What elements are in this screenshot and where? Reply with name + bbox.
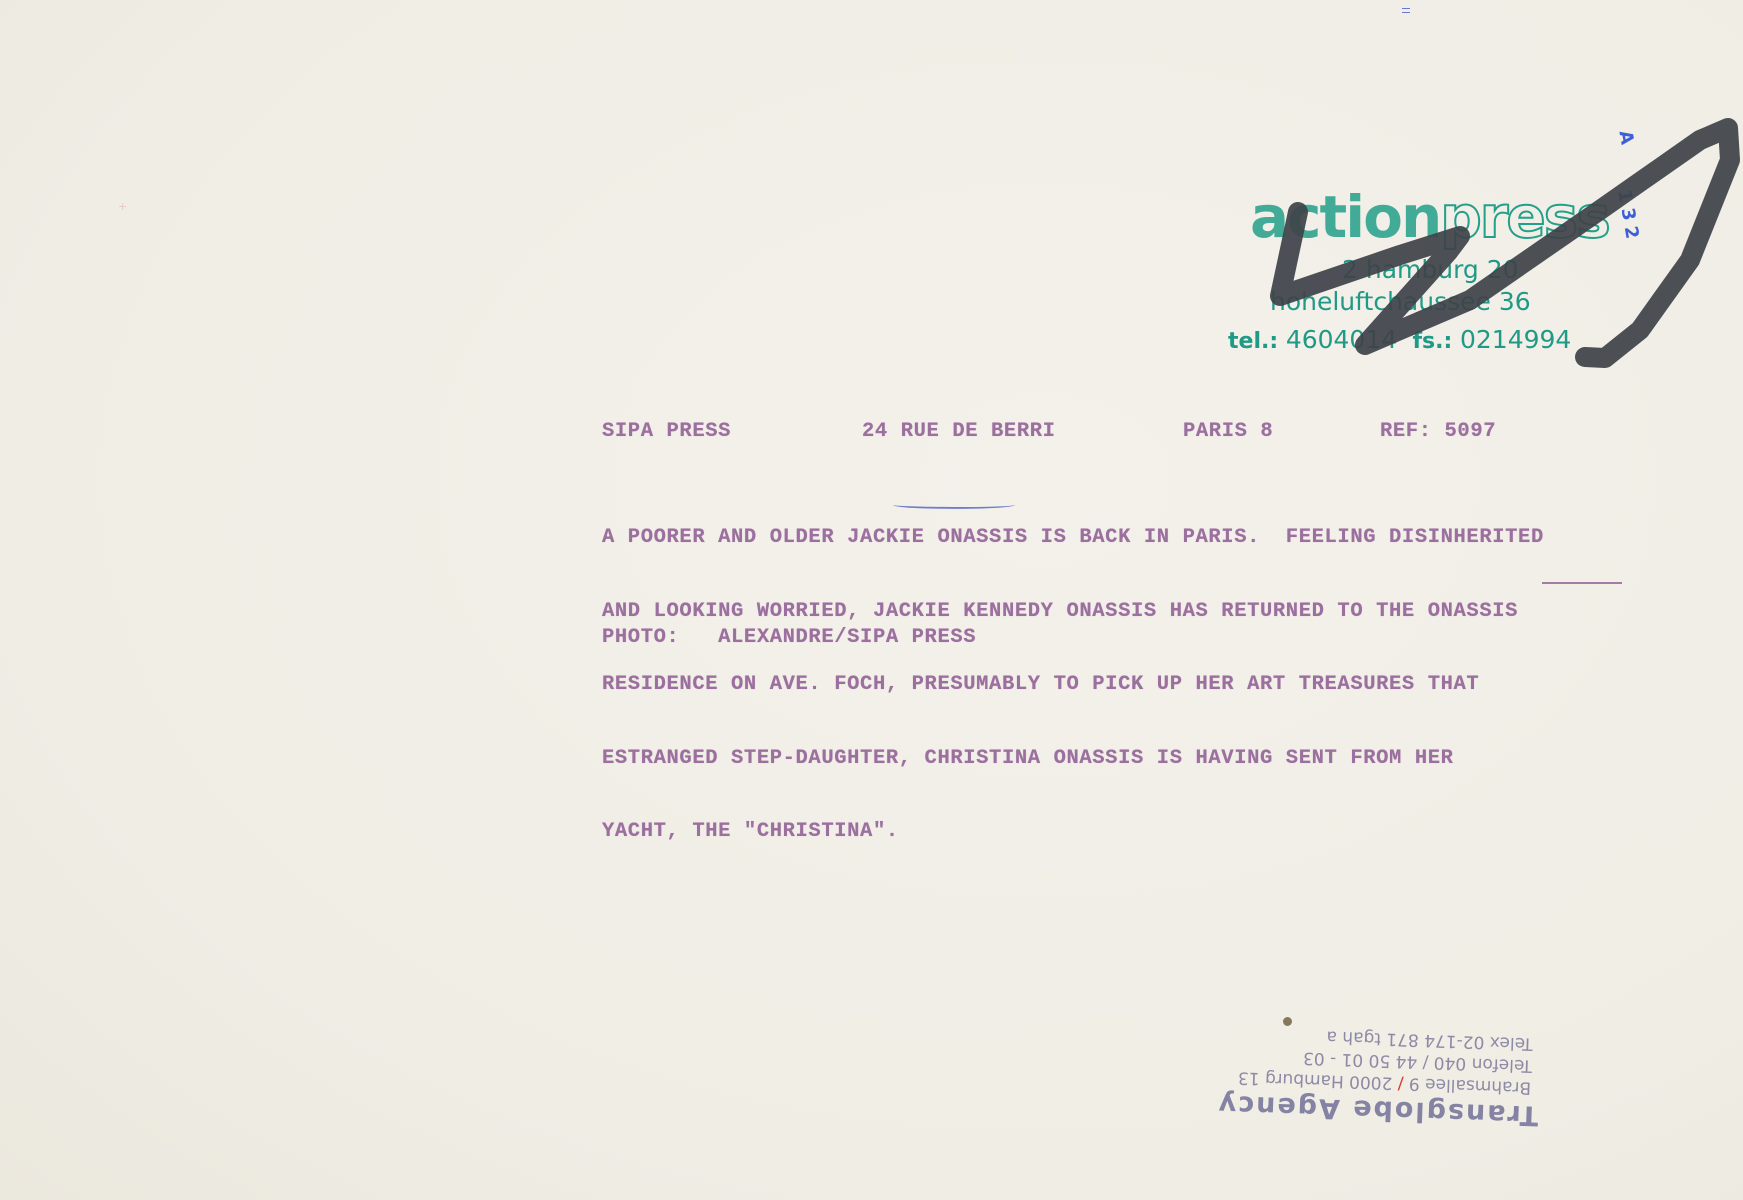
caption-line: A POORER AND OLDER JACKIE ONASSIS IS BAC… <box>602 526 1544 551</box>
transglobe-stamp: Transglobe Agency Brahmsallee 9 / 2000 H… <box>1198 989 1542 1131</box>
actionpress-stamp: actionpress 2 hamburg 20 hoheluftchausse… <box>1230 185 1650 365</box>
top-pencil-mark <box>1402 8 1410 13</box>
typed-underline <box>1542 582 1622 584</box>
address-city: 2000 Hamburg 13 <box>1238 1067 1393 1092</box>
caption-line: AND LOOKING WORRIED, JACKIE KENNEDY ONAS… <box>602 600 1544 625</box>
stamp-city: 2 hamburg 20 <box>1342 255 1519 284</box>
logo-press: press <box>1440 183 1609 251</box>
faint-mark: + <box>118 200 134 213</box>
caption-line: YACHT, THE "CHRISTINA". <box>602 820 1544 845</box>
address-separator: / <box>1397 1073 1403 1093</box>
stamp-street: hoheluftchaussee 36 <box>1270 287 1531 316</box>
caption-line: ESTRANGED STEP-DAUGHTER, CHRISTINA ONASS… <box>602 747 1544 772</box>
fs-number: 0214994 <box>1460 325 1571 354</box>
paper-spot <box>1283 1017 1292 1026</box>
header-address: 24 RUE DE BERRI <box>862 420 1056 443</box>
caption-body: A POORER AND OLDER JACKIE ONASSIS IS BAC… <box>602 477 1544 869</box>
tel-label: tel.: <box>1228 329 1278 354</box>
stamp-contact: tel.: 4604014 fs.: 0214994 <box>1228 325 1571 354</box>
tel-number: 4604014 <box>1286 325 1397 354</box>
actionpress-logo: actionpress <box>1250 185 1609 249</box>
fs-label: fs.: <box>1412 329 1452 354</box>
address-street: Brahmsallee 9 <box>1409 1073 1532 1097</box>
header-ref: REF: 5097 <box>1380 420 1496 443</box>
caption-line: RESIDENCE ON AVE. FOCH, PRESUMABLY TO PI… <box>602 673 1544 698</box>
header-city: PARIS 8 <box>1183 420 1273 443</box>
header-agency: SIPA PRESS <box>602 420 731 443</box>
logo-action: action <box>1250 183 1440 251</box>
photo-credit: PHOTO: ALEXANDRE/SIPA PRESS <box>602 626 976 649</box>
